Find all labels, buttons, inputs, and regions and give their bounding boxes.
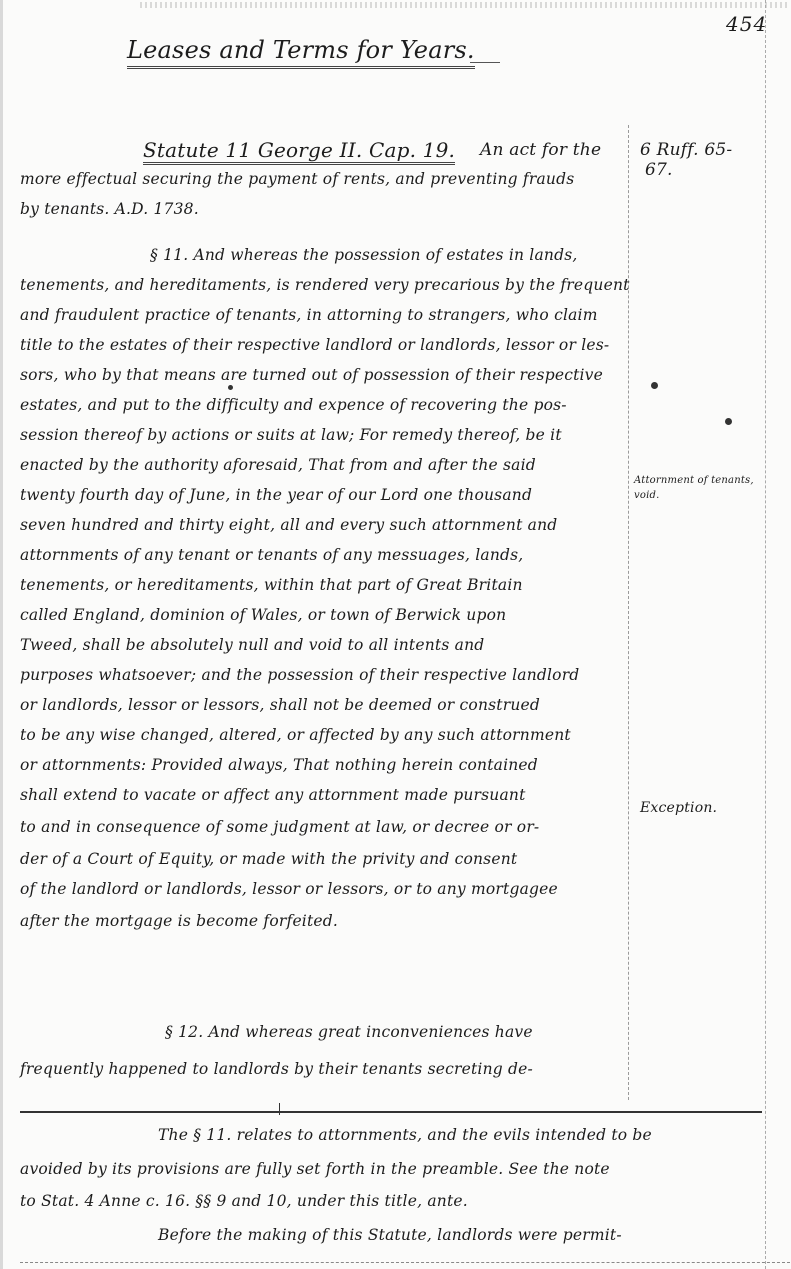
section-11-line: attornments of any tenant or tenants of … <box>20 546 523 564</box>
statute-line: more effectual securing the payment of r… <box>20 170 574 188</box>
title-flourish <box>470 62 500 63</box>
commentary-line: avoided by its provisions are fully set … <box>20 1160 610 1178</box>
margin-note-exception: Exception. <box>640 800 717 816</box>
section-11-line: estates, and put to the difficulty and e… <box>20 396 567 414</box>
section-11-line: shall extend to vacate or affect any att… <box>20 786 526 804</box>
section-11-line: sors, who by that means are turned out o… <box>20 366 603 384</box>
section-12-line: frequently happened to landlords by thei… <box>20 1060 533 1078</box>
section-11-line: to and in consequence of some judgment a… <box>20 818 539 836</box>
section-11-line: § 11. And whereas the possession of esta… <box>150 246 578 264</box>
section-11-line: title to the estates of their respective… <box>20 336 609 354</box>
footnote-divider <box>20 1111 762 1113</box>
ink-blot <box>651 382 658 389</box>
section-11-line: or landlords, lessor or lessors, shall n… <box>20 696 540 714</box>
section-11-line: purposes whatsoever; and the possession … <box>20 666 579 684</box>
margin-rule <box>628 125 629 1100</box>
commentary-line: The § 11. relates to attornments, and th… <box>158 1126 652 1144</box>
commentary-line: Before the making of this Statute, landl… <box>158 1226 622 1244</box>
section-11-line: twenty fourth day of June, in the year o… <box>20 486 532 504</box>
divider-tick <box>279 1103 280 1115</box>
page-number: 454 <box>726 12 767 36</box>
section-11-line: and fraudulent practice of tenants, in a… <box>20 306 598 324</box>
ink-blot <box>725 418 732 425</box>
margin-note-attornment: Attornment of tenants, <box>634 475 754 486</box>
section-11-line: tenements, and hereditaments, is rendere… <box>20 276 630 294</box>
section-11-line: enacted by the authority aforesaid, That… <box>20 456 536 474</box>
section-11-line: der of a Court of Equity, or made with t… <box>20 850 517 868</box>
section-11-line: called England, dominion of Wales, or to… <box>20 606 506 624</box>
commentary-line: to Stat. 4 Anne c. 16. §§ 9 and 10, unde… <box>20 1192 468 1210</box>
manuscript-page: 454 Leases and Terms for Years. Statute … <box>0 0 791 1269</box>
margin-reference: 67. <box>645 160 673 180</box>
section-11-line: Tweed, shall be absolutely null and void… <box>20 636 484 654</box>
ink-blot <box>228 385 233 390</box>
statute-heading: Statute 11 George II. Cap. 19. <box>143 138 455 165</box>
margin-note-attornment: void. <box>634 490 659 501</box>
section-11-line: tenements, or hereditaments, within that… <box>20 576 523 594</box>
scan-noise <box>140 2 790 8</box>
statute-lead: An act for the <box>480 140 601 160</box>
right-edge-rule <box>765 0 766 1269</box>
section-11-line: to be any wise changed, altered, or affe… <box>20 726 571 744</box>
page-title: Leases and Terms for Years. <box>127 36 475 69</box>
bottom-edge <box>20 1262 790 1263</box>
section-12-line: § 12. And whereas great inconveniences h… <box>165 1023 533 1041</box>
statute-line: by tenants. A.D. 1738. <box>20 200 199 218</box>
section-11-line: or attornments: Provided always, That no… <box>20 756 538 774</box>
section-11-line: session thereof by actions or suits at l… <box>20 426 562 444</box>
margin-reference: 6 Ruff. 65- <box>640 140 732 160</box>
section-11-line: seven hundred and thirty eight, all and … <box>20 516 557 534</box>
section-11-line: after the mortgage is become forfeited. <box>20 912 338 930</box>
section-11-line: of the landlord or landlords, lessor or … <box>20 880 558 898</box>
